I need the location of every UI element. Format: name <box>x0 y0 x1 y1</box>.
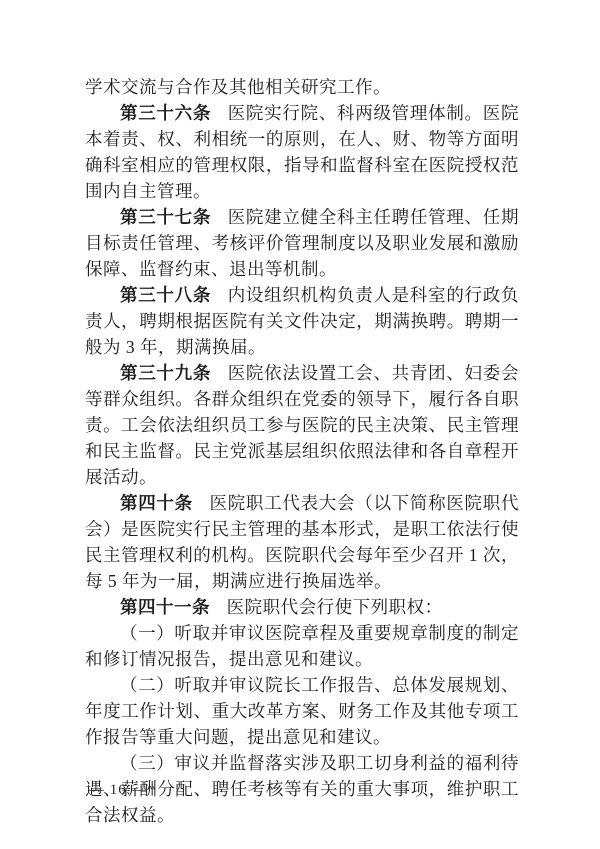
page-number: — 16 — <box>89 782 148 799</box>
paragraph: （一）听取并审议医院章程及重要规章制度的制定和修订情况报告，提出意见和建议。 <box>85 620 519 672</box>
paragraph-text: （二）听取并审议院长工作报告、总体发展规划、年度工作计划、重大改革方案、财务工作… <box>85 675 519 747</box>
article-number: 第三十六条 <box>120 103 211 123</box>
paragraph: 第三十九条医院依法设置工会、共青团、妇委会等群众组织。各群众组织在党委的领导下，… <box>85 360 519 490</box>
paragraph-text: （一）听取并审议医院章程及重要规章制度的制定和修订情况报告，提出意见和建议。 <box>85 623 519 669</box>
article-number: 第四十一条 <box>120 597 210 617</box>
document-page: 学术交流与合作及其他相关研究工作。第三十六条医院实行院、科两级管理体制。医院本着… <box>0 0 600 849</box>
document-body: 学术交流与合作及其他相关研究工作。第三十六条医院实行院、科两级管理体制。医院本着… <box>85 74 519 828</box>
paragraph: （三）审议并监督落实涉及职工切身利益的福利待遇、薪酬分配、聘任考核等有关的重大事… <box>85 750 519 828</box>
paragraph: 第三十八条内设组织机构负责人是科室的行政负责人，聘期根据医院有关文件决定，期满换… <box>85 282 519 360</box>
article-number: 第四十条 <box>120 493 193 513</box>
article-number: 第三十七条 <box>120 207 211 227</box>
paragraph: （二）听取并审议院长工作报告、总体发展规划、年度工作计划、重大改革方案、财务工作… <box>85 672 519 750</box>
paragraph-text: 学术交流与合作及其他相关研究工作。 <box>85 77 391 97</box>
paragraph: 学术交流与合作及其他相关研究工作。 <box>85 74 519 100</box>
article-number: 第三十九条 <box>120 363 211 383</box>
paragraph: 第三十七条医院建立健全科主任聘任管理、任期目标责任管理、考核评价管理制度以及职业… <box>85 204 519 282</box>
article-number: 第三十八条 <box>120 285 211 305</box>
paragraph: 第四十条医院职工代表大会（以下简称医院职代会）是医院实行民主管理的基本形式，是职… <box>85 490 519 594</box>
paragraph-text: 医院职代会行使下列职权： <box>227 597 443 617</box>
paragraph-text: （三）审议并监督落实涉及职工切身利益的福利待遇、薪酬分配、聘任考核等有关的重大事… <box>85 753 519 825</box>
paragraph: 第四十一条医院职代会行使下列职权： <box>85 594 519 620</box>
paragraph: 第三十六条医院实行院、科两级管理体制。医院本着责、权、利相统一的原则，在人、财、… <box>85 100 519 204</box>
